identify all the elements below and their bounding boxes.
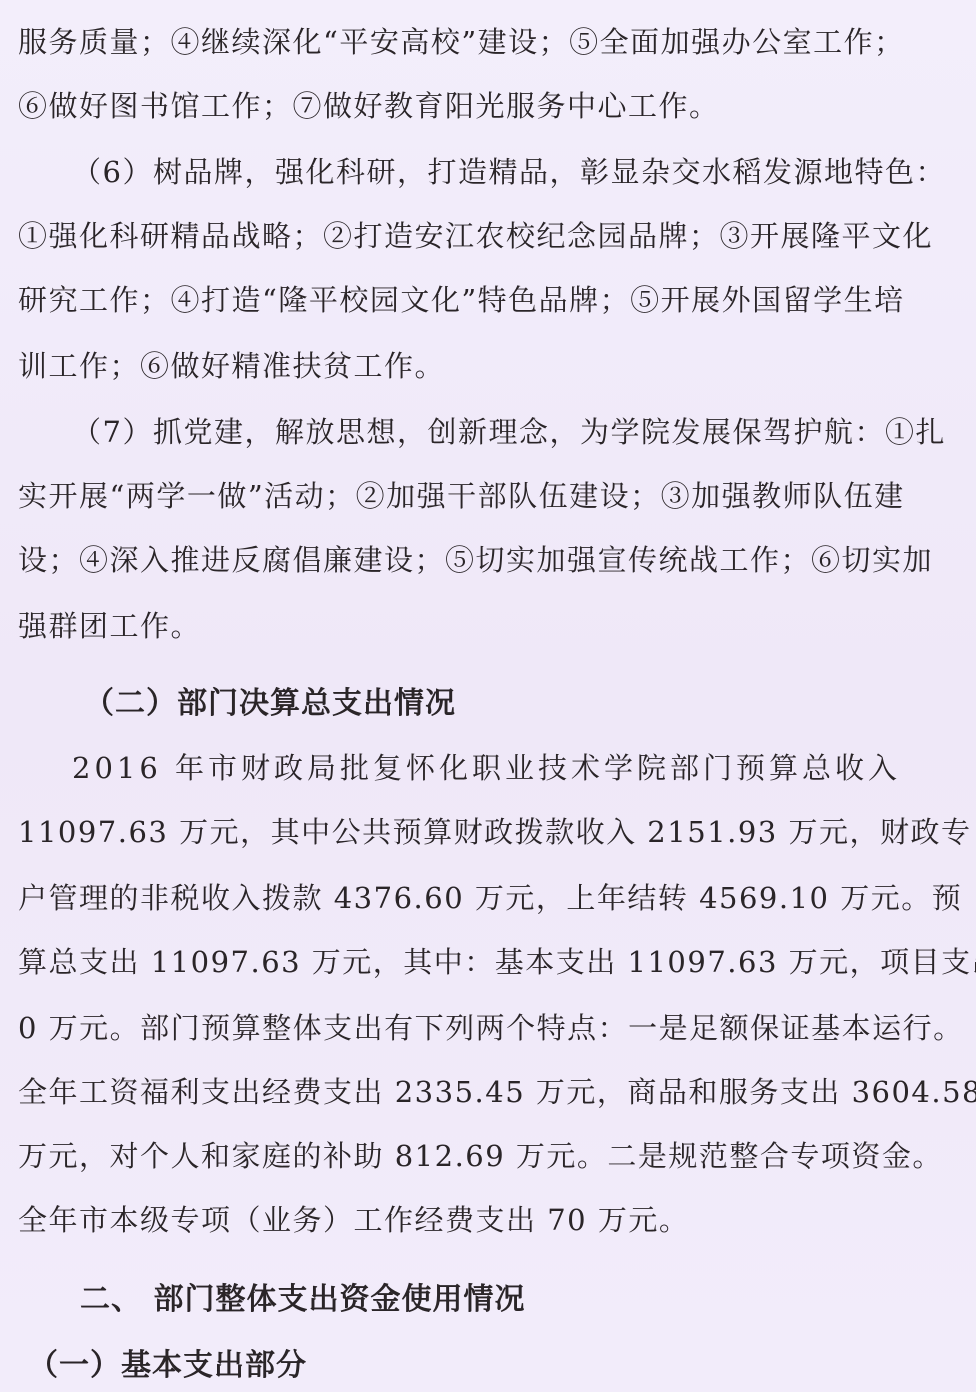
section-heading-sub: （一）基本支出部分	[28, 1346, 307, 1386]
text-line: 设；④深入推进反腐倡廉建设；⑤切实加强宣传统战工作；⑥切实加	[18, 540, 933, 580]
list-heading-6: （6）树品牌，强化科研，打造精品，彰显杂交水稻发源地特色：	[72, 152, 946, 192]
paragraph-line: 全年工资福利支出经费支出 2335.45 万元，商品和服务支出 3604.58	[18, 1072, 976, 1112]
paragraph-line: 2016 年市财政局批复怀化职业技术学院部门预算总收入	[72, 748, 901, 788]
text-line: 训工作；⑥做好精准扶贫工作。	[18, 346, 445, 386]
text-line: ⑥做好图书馆工作；⑦做好教育阳光服务中心工作。	[18, 86, 720, 126]
list-heading-7: （7）抓党建，解放思想，创新理念，为学院发展保驾护航：①扎	[72, 412, 946, 452]
text-line: 服务质量；④继续深化“平安高校”建设；⑤全面加强办公室工作；	[18, 22, 905, 62]
document-page: 服务质量；④继续深化“平安高校”建设；⑤全面加强办公室工作； ⑥做好图书馆工作；…	[0, 0, 976, 1392]
paragraph-line: 万元，对个人和家庭的补助 812.69 万元。二是规范整合专项资金。	[18, 1136, 943, 1176]
text-line: 强群团工作。	[18, 606, 201, 646]
paragraph-line: 户管理的非税收入拨款 4376.60 万元，上年结转 4569.10 万元。预	[18, 878, 962, 918]
text-line: 实开展“两学一做”活动；②加强干部队伍建设；③加强教师队伍建	[18, 476, 905, 516]
text-line: ①强化科研精品战略；②打造安江农校纪念园品牌；③开展隆平文化	[18, 216, 933, 256]
section-heading-main: 二、 部门整体支出资金使用情况	[80, 1280, 525, 1320]
section-heading-expenditure: （二）部门决算总支出情况	[84, 684, 456, 724]
paragraph-line: 全年市本级专项（业务）工作经费支出 70 万元。	[18, 1200, 689, 1240]
paragraph-line: 11097.63 万元，其中公共预算财政拨款收入 2151.93 万元，财政专	[18, 812, 971, 852]
paragraph-line: 算总支出 11097.63 万元，其中：基本支出 11097.63 万元，项目支…	[18, 942, 976, 982]
text-line: 研究工作；④打造“隆平校园文化”特色品牌；⑤开展外国留学生培	[18, 280, 905, 320]
paragraph-line: 0 万元。部门预算整体支出有下列两个特点：一是足额保证基本运行。	[18, 1008, 964, 1048]
